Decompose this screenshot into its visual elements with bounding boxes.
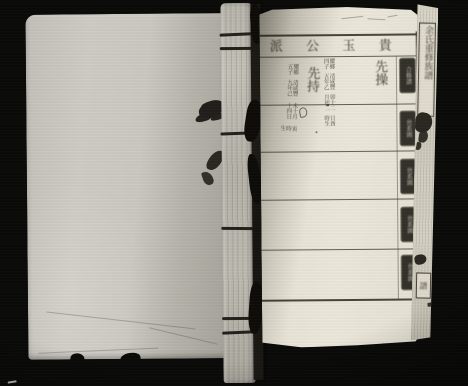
cover-title-text: 余氏重修族譜 <box>421 24 432 116</box>
edge-cartouche-seal: 合修譜 <box>400 58 415 92</box>
generation-band-divider <box>261 198 419 200</box>
stray-ink-mark <box>298 107 308 118</box>
branch-header: 貴 玉 公 派 <box>270 36 392 57</box>
detail-column: 清咸豐九年己 <box>279 79 297 100</box>
entry-name-xiancao: 先操 <box>371 60 387 86</box>
edge-cartouche-seal: 世系圖 <box>401 159 416 193</box>
generation-band-divider <box>261 248 419 250</box>
margin-scribble <box>387 15 397 18</box>
header-underline <box>260 55 418 57</box>
stitch-thread <box>221 227 255 230</box>
detail-column: 耀鄉五子 <box>280 63 298 77</box>
stray-ink-dot <box>326 104 329 106</box>
left-cover-page <box>25 13 226 360</box>
margin-scribble <box>367 18 385 20</box>
header-char: 公 <box>306 40 319 53</box>
detail-column: 未十月十四日 <box>279 102 297 123</box>
entry-details-xianchi: 耀鄉五子 清咸豐九年己 未十月十四日 寅時生 <box>276 63 297 135</box>
torn-paper-mark <box>201 170 215 186</box>
entry-name-xianchi: 先持 <box>302 66 319 93</box>
header-char: 玉 <box>342 39 355 52</box>
margin-scribble <box>341 16 363 19</box>
paper-crease <box>149 327 217 344</box>
edge-tear <box>120 351 141 364</box>
detail-column: 耀鄉四子 <box>322 58 334 71</box>
edge-tear <box>70 353 85 364</box>
stitch-thread <box>220 47 254 50</box>
header-char: 貴 <box>379 39 392 52</box>
edge-ink-mark <box>414 254 427 266</box>
header-char: 派 <box>270 40 283 53</box>
corner-seal: 譜 <box>416 272 431 298</box>
cover-title-slip: 余氏重修族譜 <box>417 22 436 116</box>
page-bottom-border <box>262 298 420 301</box>
dust-speck <box>8 380 17 383</box>
edge-cartouche-seal: 世系圖 <box>400 111 415 145</box>
paper-crease <box>47 312 196 330</box>
paper-crease <box>38 348 158 354</box>
detail-column: 日酉時生 <box>322 115 334 128</box>
stitch-thread <box>220 32 254 36</box>
detail-column: 寅時生 <box>278 125 296 136</box>
photo-stage: 貴 玉 公 派 先操 耀鄉四子 清咸豐五年乙 卯十二月初二 日酉時生 先持 <box>0 0 468 386</box>
genealogy-chart-page: 貴 玉 公 派 先操 耀鄉四子 清咸豐五年乙 卯十二月初二 日酉時生 先持 <box>259 6 420 347</box>
genealogy-book: 貴 玉 公 派 先操 耀鄉四子 清咸豐五年乙 卯十二月初二 日酉時生 先持 <box>0 0 468 386</box>
generation-band-divider <box>261 150 419 152</box>
detail-column: 清咸豐五年乙 <box>322 73 334 92</box>
entry-details-xiancao: 耀鄉四子 清咸豐五年乙 卯十二月初二 日酉時生 <box>320 58 334 128</box>
stray-ink-dot <box>315 131 317 133</box>
stamp-column-divider <box>396 57 399 299</box>
